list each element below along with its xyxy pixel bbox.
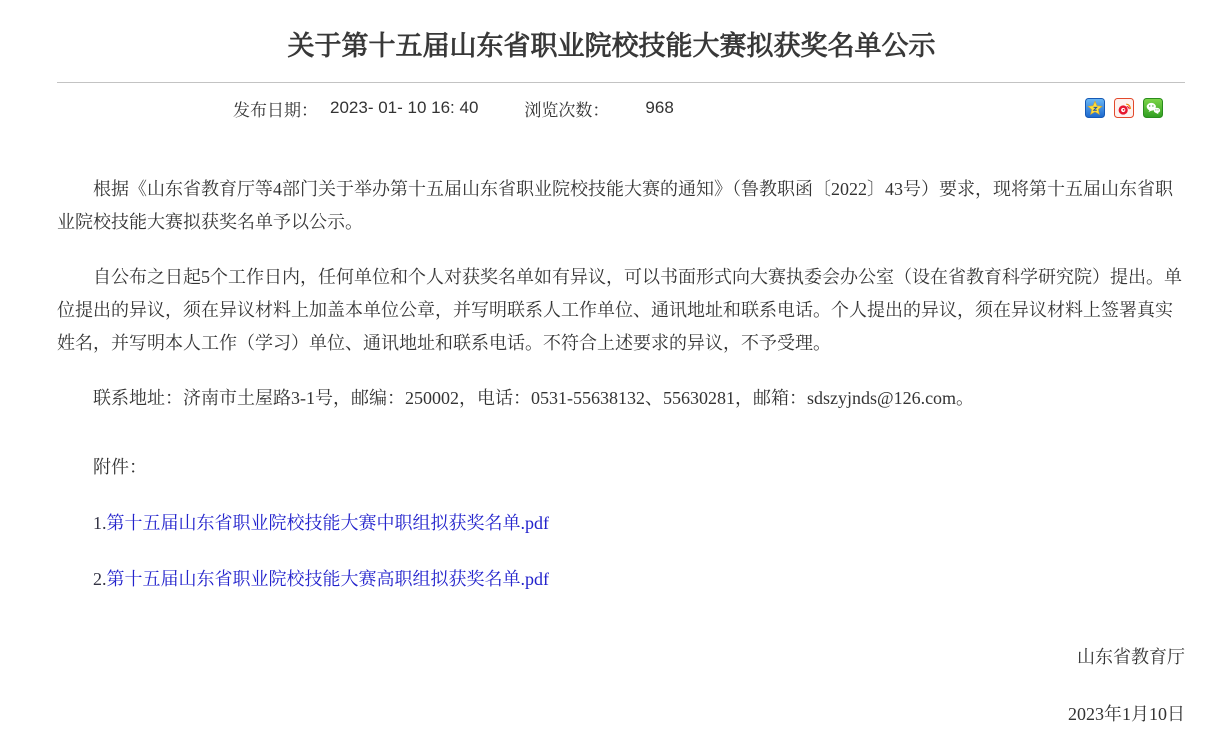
signature-organization: 山东省教育厅 bbox=[57, 641, 1185, 674]
share-icons-group bbox=[1085, 98, 1163, 118]
views-label: 浏览次数： bbox=[524, 96, 609, 121]
views-value: 968 bbox=[645, 98, 673, 118]
qzone-share-icon[interactable] bbox=[1085, 98, 1105, 118]
publish-date-label: 发布日期： bbox=[233, 96, 318, 121]
attachment-item: 1.第十五届山东省职业院校技能大赛中职组拟获奖名单.pdf bbox=[57, 507, 1185, 540]
contact-paragraph: 联系地址：济南市土屋路3-1号，邮编：250002，电话：0531-556381… bbox=[57, 382, 1185, 415]
page-title: 关于第十五届山东省职业院校技能大赛拟获奖名单公示 bbox=[0, 0, 1223, 82]
wechat-share-icon[interactable] bbox=[1143, 98, 1163, 118]
publish-date-value: 2023- 01- 10 16: 40 bbox=[330, 98, 478, 118]
attachment-item: 2.第十五届山东省职业院校技能大赛高职组拟获奖名单.pdf bbox=[57, 563, 1185, 596]
body-paragraph: 自公布之日起5个工作日内，任何单位和个人对获奖名单如有异议，可以书面形式向大赛执… bbox=[57, 261, 1185, 360]
body-paragraph: 根据《山东省教育厅等4部门关于举办第十五届山东省职业院校技能大赛的通知》（鲁教职… bbox=[57, 173, 1185, 239]
attachment-number: 2. bbox=[93, 569, 107, 589]
signature-block: 山东省教育厅 2023年1月10日 bbox=[0, 641, 1223, 731]
attachment-link-zhongzhi-pdf[interactable]: 第十五届山东省职业院校技能大赛中职组拟获奖名单.pdf bbox=[107, 513, 550, 533]
attachments-label: 附件： bbox=[57, 451, 1185, 484]
announcement-body: 根据《山东省教育厅等4部门关于举办第十五届山东省职业院校技能大赛的通知》（鲁教职… bbox=[0, 173, 1223, 596]
attachment-number: 1. bbox=[93, 513, 107, 533]
meta-row: 发布日期： 2023- 01- 10 16: 40 浏览次数： 968 bbox=[0, 83, 1223, 133]
signature-date: 2023年1月10日 bbox=[57, 698, 1185, 731]
attachment-link-gaozhi-pdf[interactable]: 第十五届山东省职业院校技能大赛高职组拟获奖名单.pdf bbox=[107, 569, 550, 589]
announcement-page: 关于第十五届山东省职业院校技能大赛拟获奖名单公示 发布日期： 2023- 01-… bbox=[0, 0, 1223, 739]
weibo-share-icon[interactable] bbox=[1114, 98, 1134, 118]
